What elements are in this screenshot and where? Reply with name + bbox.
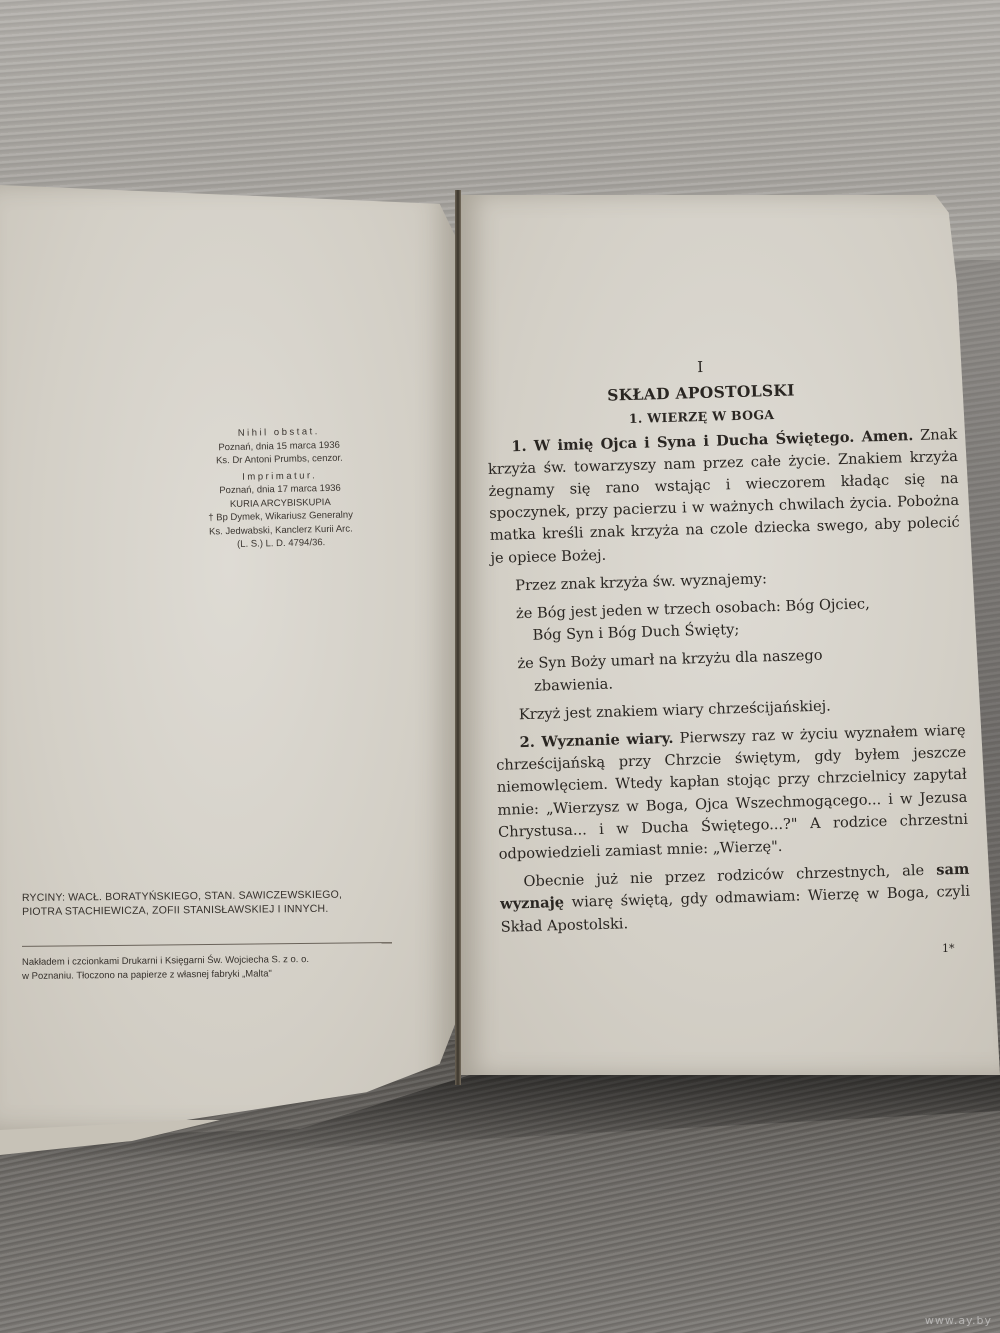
book-gutter	[455, 190, 461, 1085]
paragraph-now: Obecnie już nie przez rodziców chrzestny…	[499, 859, 971, 939]
right-page-text: I SKŁAD APOSTOLSKI 1. WIERZĘ W BOGA 1. W…	[485, 349, 971, 939]
publisher-note: Nakładem i czcionkami Drukarni i Księgar…	[22, 952, 402, 983]
paragraph-sign-of-cross: 1. W imię Ojca i Syna i Ducha Świętego. …	[487, 423, 961, 569]
imprimatur-block: Nihil obstat. Poznań, dnia 15 marca 1936…	[149, 423, 412, 553]
paragraph-lead: 2. Wyznanie wiary.	[519, 730, 673, 751]
left-page	[0, 185, 458, 1130]
page-number: 1*	[942, 942, 955, 955]
paragraph-profession-of-faith: 2. Wyznanie wiary. Pierwszy raz w życiu …	[495, 720, 969, 866]
illustrations-credit: RYCINY: WACŁ. BORATYŃSKIEGO, STAN. SAWIC…	[22, 888, 402, 919]
watermark: www.ay.by	[925, 1314, 992, 1327]
